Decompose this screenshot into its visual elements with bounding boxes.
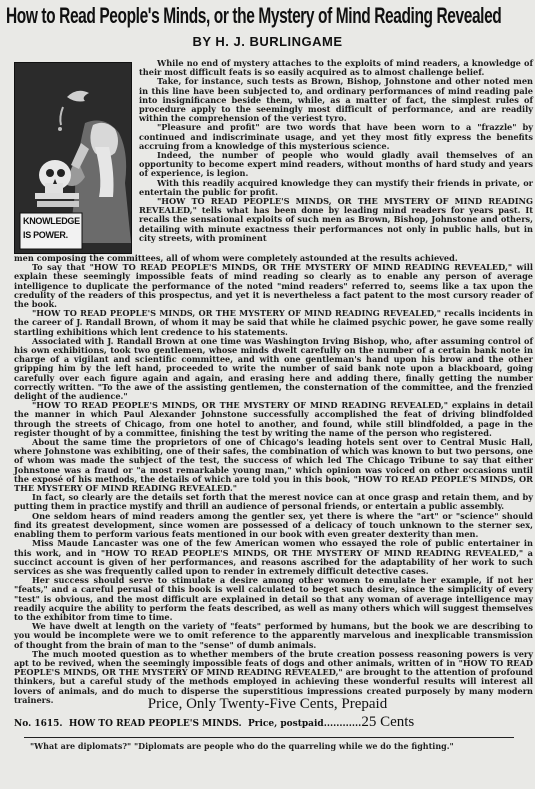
- order-line: No. 1615. HOW TO READ PEOPLE'S MINDS. Pr…: [14, 714, 535, 736]
- paragraph: We have dwelt at length on the variety o…: [14, 622, 533, 650]
- order-price-label: Price, postpaid: [248, 719, 324, 729]
- paragraph: Her success should serve to stimulate a …: [14, 576, 533, 622]
- page-title: How to Read People's Minds, or the Myste…: [6, 4, 535, 30]
- paragraph: Miss Maude Lancaster was one of the few …: [14, 539, 533, 576]
- paragraph: About the same time the proprietors of o…: [14, 438, 533, 493]
- paragraph: One seldom hears of mind readers among t…: [14, 512, 533, 540]
- paragraph: To say that "HOW TO READ PEOPLE'S MINDS,…: [14, 263, 533, 309]
- leader-dots: ............: [324, 719, 362, 729]
- paragraph: Associated with J. Randall Brown at one …: [14, 337, 533, 401]
- paragraph: With this readily acquired knowledge the…: [139, 179, 533, 197]
- paragraph: While no end of mystery attaches to the …: [139, 59, 533, 77]
- order-number: No. 1615.: [14, 719, 63, 729]
- paragraph: Take, for instance, such tests as Brown,…: [139, 77, 533, 123]
- order-title: HOW TO READ PEOPLE'S MINDS.: [69, 719, 242, 729]
- divider-rule: [24, 737, 514, 738]
- paragraph: "Pleasure and profit" are two words that…: [139, 123, 533, 151]
- illustration-caption-line2: IS POWER.: [23, 228, 81, 242]
- illustration-caption-line1: KNOWLEDGE: [23, 214, 81, 228]
- paragraph: "HOW TO READ PEOPLE'S MINDS, OR THE MYST…: [14, 401, 533, 438]
- author-byline: BY H. J. BURLINGAME: [0, 34, 535, 49]
- paragraph: In fact, so clearly are the details set …: [14, 493, 533, 511]
- intro-column: While no end of mystery attaches to the …: [139, 59, 533, 243]
- filler-joke: "What are diplomats?" "Diplomats are peo…: [30, 741, 470, 751]
- main-body-text: men composing the committees, all of who…: [14, 254, 533, 705]
- paragraph: Indeed, the number of people who would g…: [139, 151, 533, 179]
- illustration-man-with-skull: KNOWLEDGE IS POWER.: [14, 62, 132, 254]
- paragraph: "HOW TO READ PEOPLE'S MINDS, OR THE MYST…: [139, 197, 533, 243]
- paragraph: "HOW TO READ PEOPLE'S MINDS, OR THE MYST…: [14, 309, 533, 337]
- price-headline: Price, Only Twenty-Five Cents, Prepaid: [0, 696, 535, 713]
- order-amount: 25 Cents: [361, 714, 414, 730]
- catalog-page: How to Read People's Minds, or the Myste…: [0, 0, 535, 789]
